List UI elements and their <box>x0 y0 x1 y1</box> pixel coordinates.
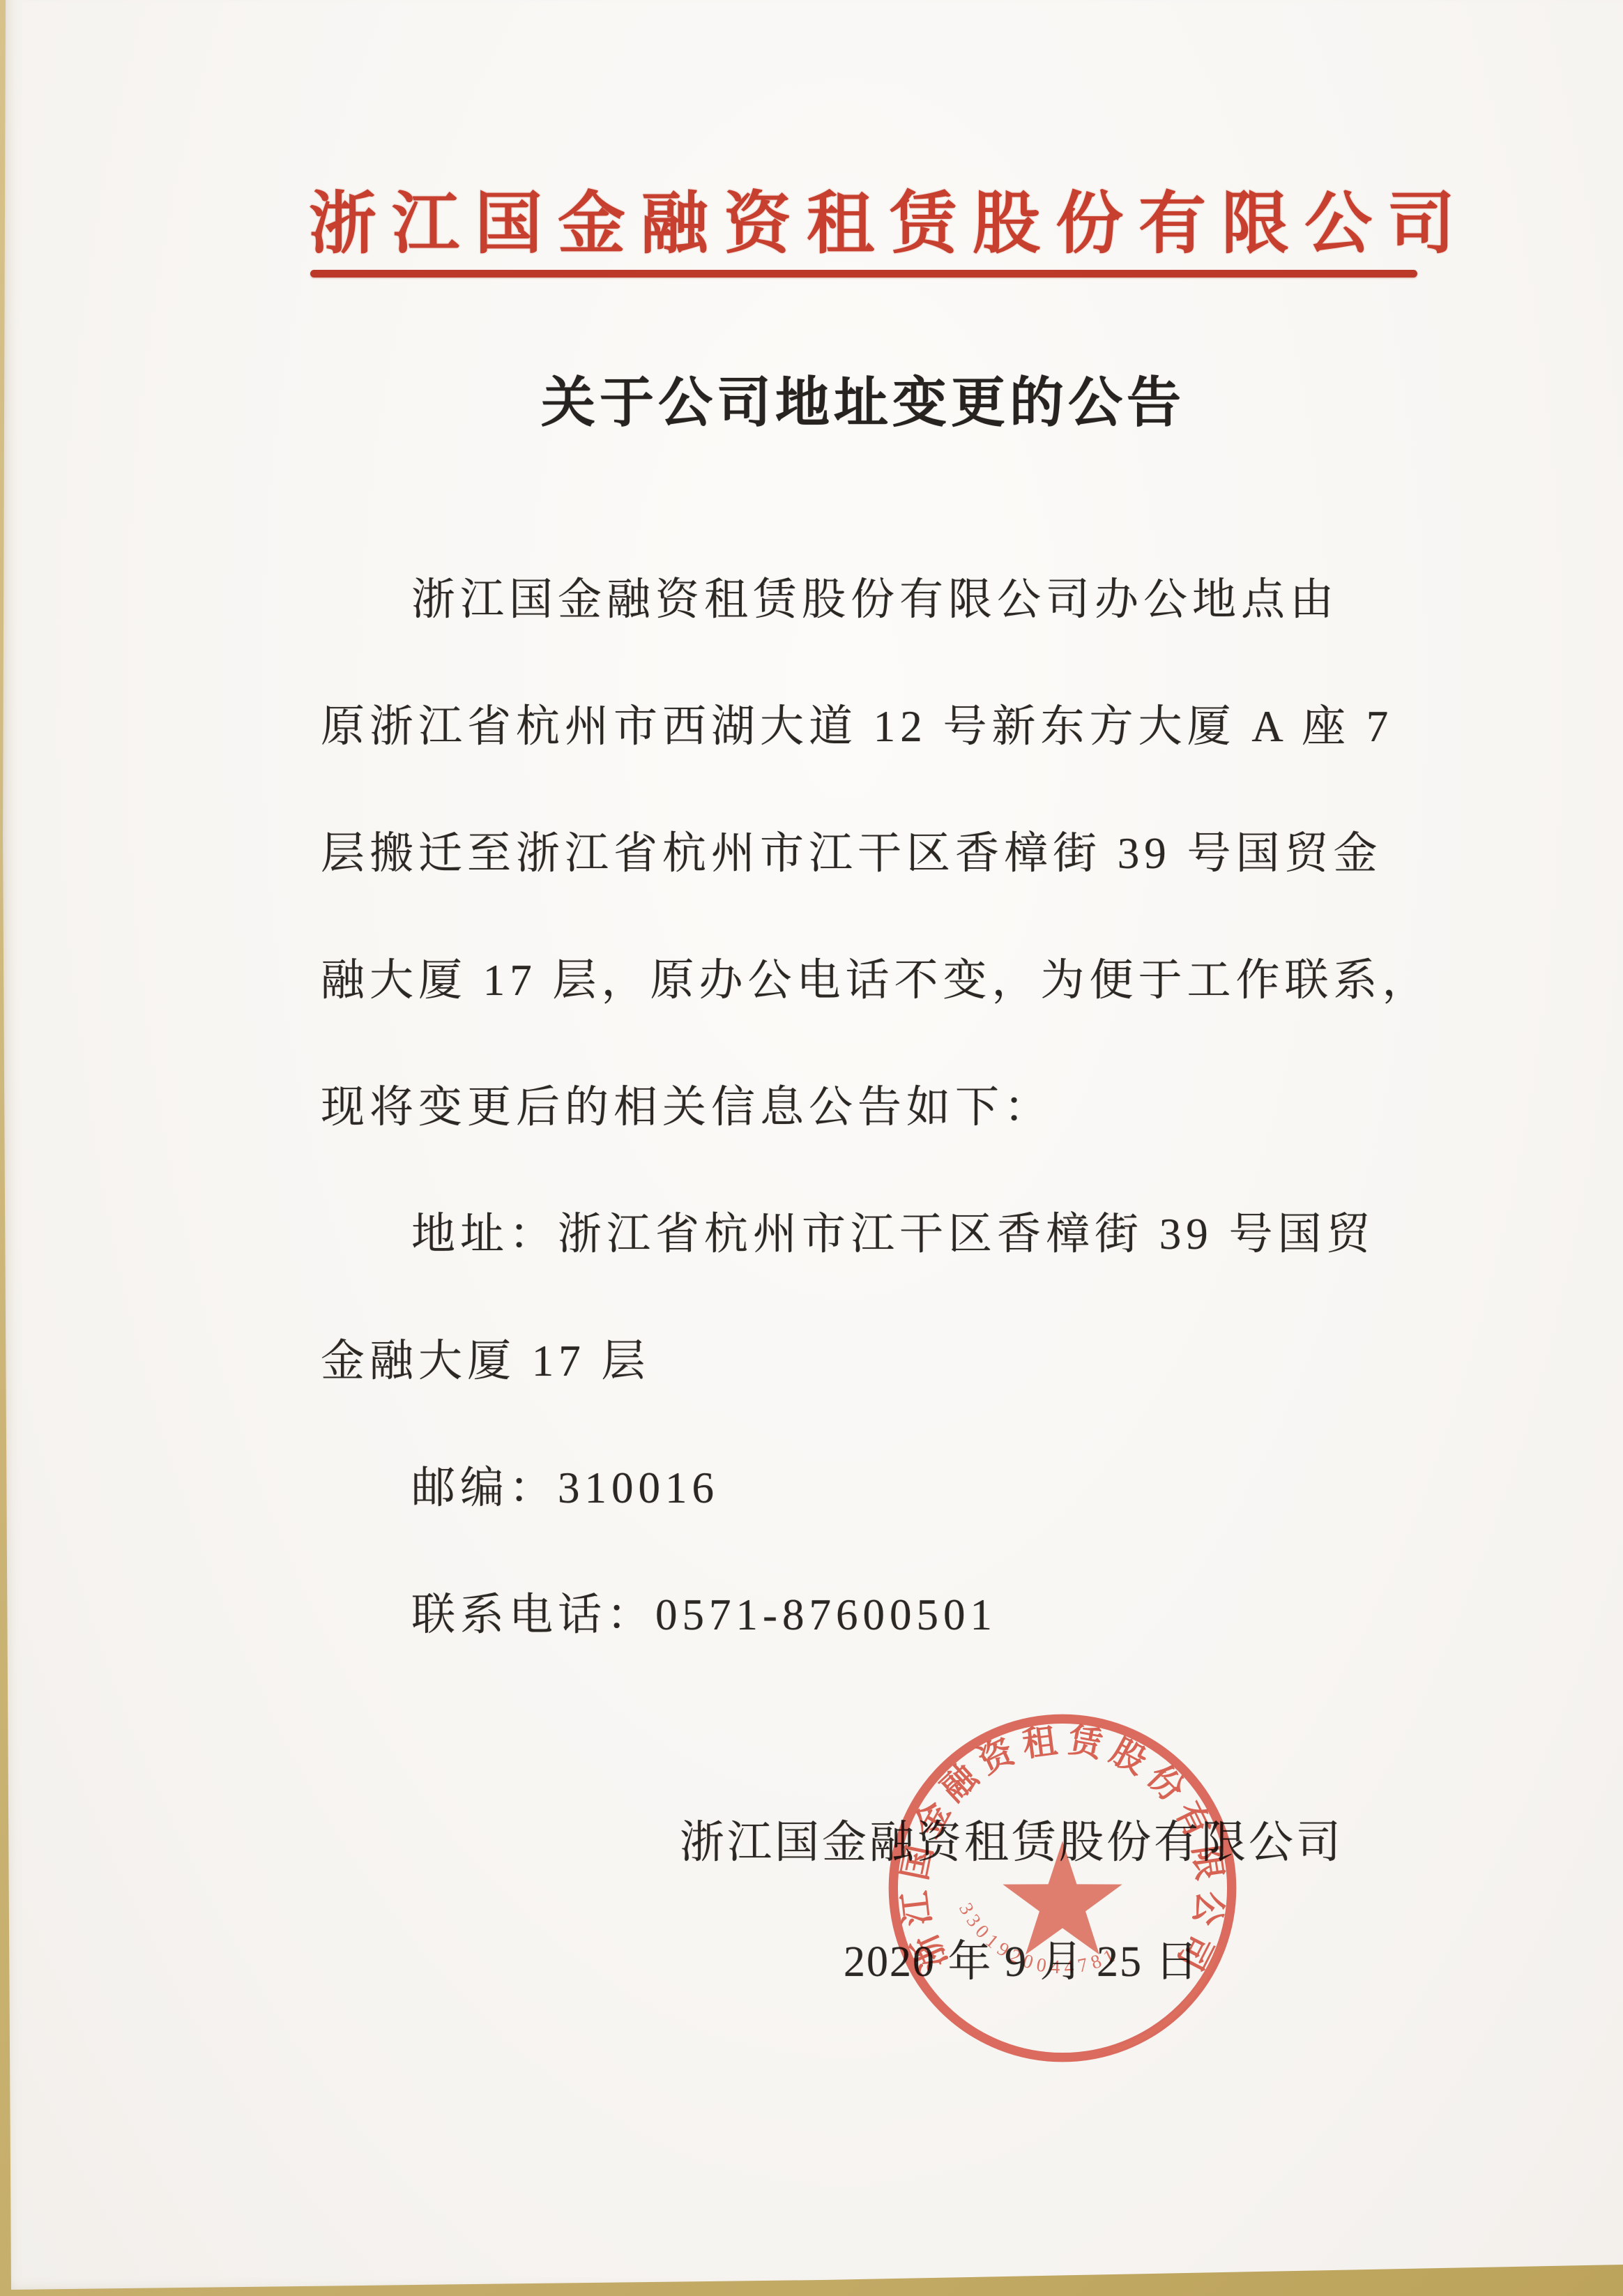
letterhead-underline <box>310 270 1417 278</box>
body-line-5: 现将变更后的相关信息公告如下： <box>321 1044 1366 1171</box>
body-line-address-cont: 金融大厦 17 层 <box>321 1298 1366 1424</box>
body-line-postal-code: 邮编：310016 <box>321 1424 1366 1551</box>
body-line-address: 地址：浙江省杭州市江干区香樟街 39 号国贸 <box>321 1171 1366 1298</box>
body-line-4: 融大厦 17 层，原办公电话不变，为便于工作联系， <box>321 917 1366 1044</box>
body-line-2: 原浙江省杭州市西湖大道 12 号新东方大厦 A 座 7 <box>321 663 1366 790</box>
body-line-1: 浙江国金融资租赁股份有限公司办公地点由 <box>321 536 1366 663</box>
body-line-3: 层搬迁至浙江省杭州市江干区香樟街 39 号国贸金 <box>321 790 1366 917</box>
document-page: 浙江国金融资租赁股份有限公司 关于公司地址变更的公告 浙江国金融资租赁股份有限公… <box>0 0 1623 2296</box>
document-title: 关于公司地址变更的公告 <box>309 368 1417 438</box>
letterhead-company-name: 浙江国金融资租赁股份有限公司 <box>309 183 1417 266</box>
body-line-phone: 联系电话：0571-87600501 <box>321 1551 1366 1678</box>
company-seal-stamp: 浙江国金融资租赁股份有限公司 3301920044781 <box>884 1710 1241 2067</box>
seal-star-icon <box>1003 1841 1122 1954</box>
document-body: 浙江国金融资租赁股份有限公司办公地点由 原浙江省杭州市西湖大道 12 号新东方大… <box>321 536 1366 1678</box>
